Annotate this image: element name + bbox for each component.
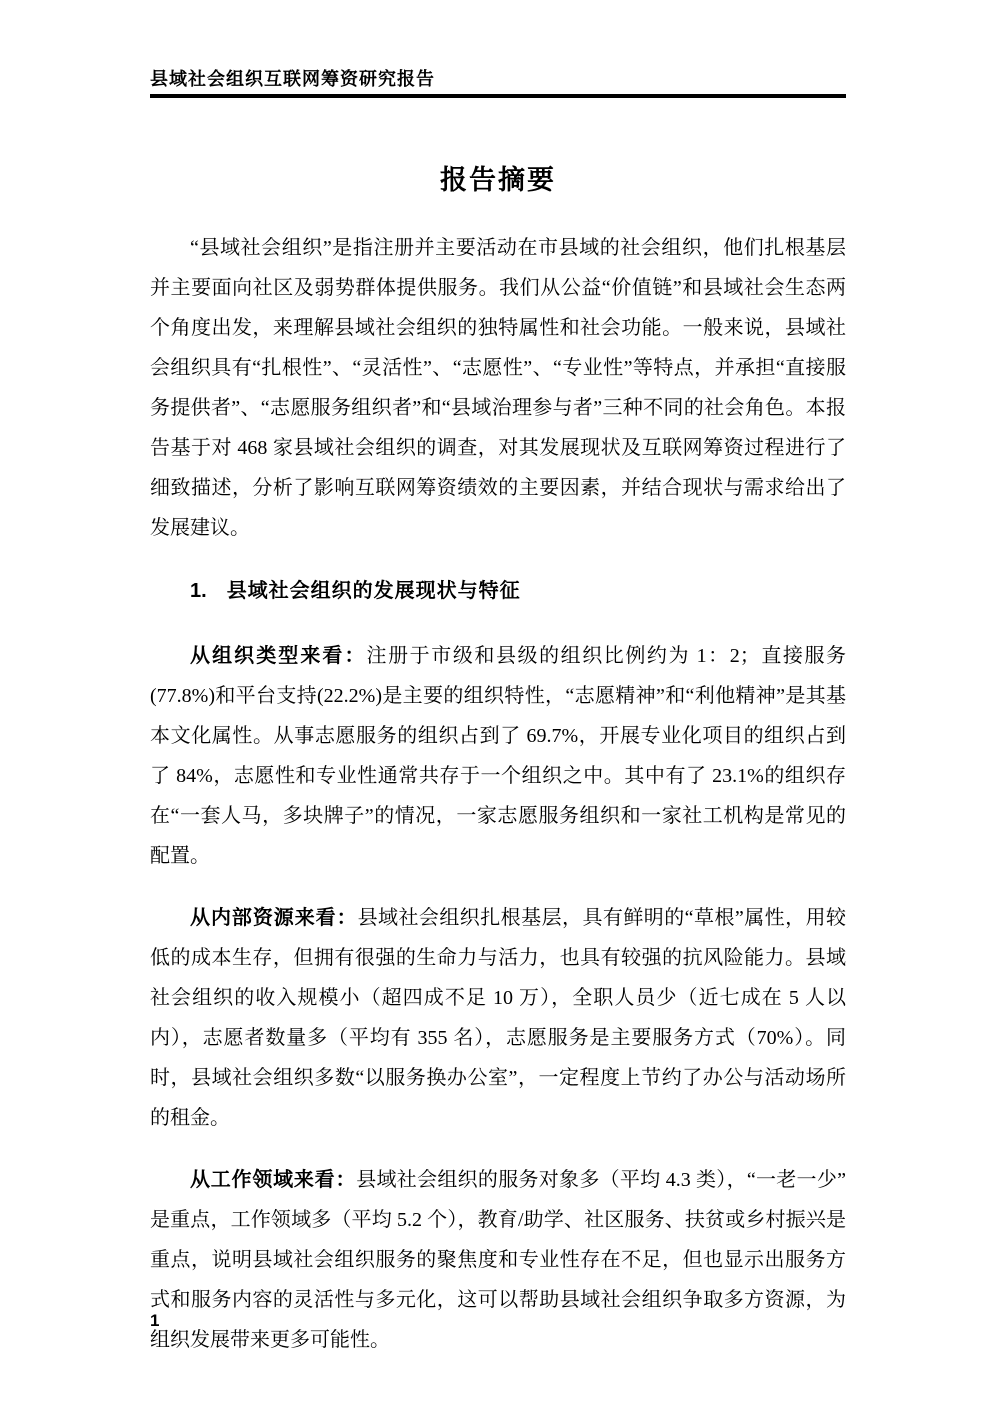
document-title: 报告摘要: [150, 162, 846, 198]
section-1-number: 1.: [190, 576, 207, 606]
running-header: 县域社会组织互联网筹资研究报告: [150, 0, 846, 98]
page-footer: 1: [150, 1311, 159, 1331]
paragraph-internal-resources: 从内部资源来看：县域社会组织扎根基层，具有鲜明的“草根”属性，用较低的成本生存，…: [150, 898, 846, 1138]
running-header-title: 县域社会组织互联网筹资研究报告: [150, 68, 846, 90]
document-page: 县域社会组织互联网筹资研究报告 报告摘要 “县域社会组织”是指注册并主要活动在市…: [0, 0, 992, 1403]
paragraph-internal-resources-lead: 从内部资源来看：: [190, 907, 358, 929]
paragraph-org-type-text: 注册于市级和县级的组织比例约为 1：2；直接服务(77.8%)和平台支持(22.…: [150, 645, 846, 867]
paragraph-org-type-lead: 从组织类型来看：: [190, 645, 367, 667]
paragraph-work-fields-text: 县域社会组织的服务对象多（平均 4.3 类），“一老一少”是重点，工作领域多（平…: [150, 1169, 846, 1351]
paragraph-work-fields-lead: 从工作领域来看：: [190, 1169, 356, 1191]
page-content: 县域社会组织互联网筹资研究报告 报告摘要 “县域社会组织”是指注册并主要活动在市…: [150, 0, 846, 1360]
paragraph-work-fields: 从工作领域来看：县域社会组织的服务对象多（平均 4.3 类），“一老一少”是重点…: [150, 1160, 846, 1360]
section-1-heading: 1.县域社会组织的发展现状与特征: [150, 576, 846, 606]
paragraph-org-type: 从组织类型来看：注册于市级和县级的组织比例约为 1：2；直接服务(77.8%)和…: [150, 636, 846, 876]
page-number: 1: [150, 1311, 159, 1330]
paragraph-internal-resources-text: 县域社会组织扎根基层，具有鲜明的“草根”属性，用较低的成本生存，但拥有很强的生命…: [150, 907, 846, 1129]
intro-paragraph: “县域社会组织”是指注册并主要活动在市县域的社会组织，他们扎根基层并主要面向社区…: [150, 228, 846, 548]
section-1-title: 县域社会组织的发展现状与特征: [227, 580, 521, 602]
